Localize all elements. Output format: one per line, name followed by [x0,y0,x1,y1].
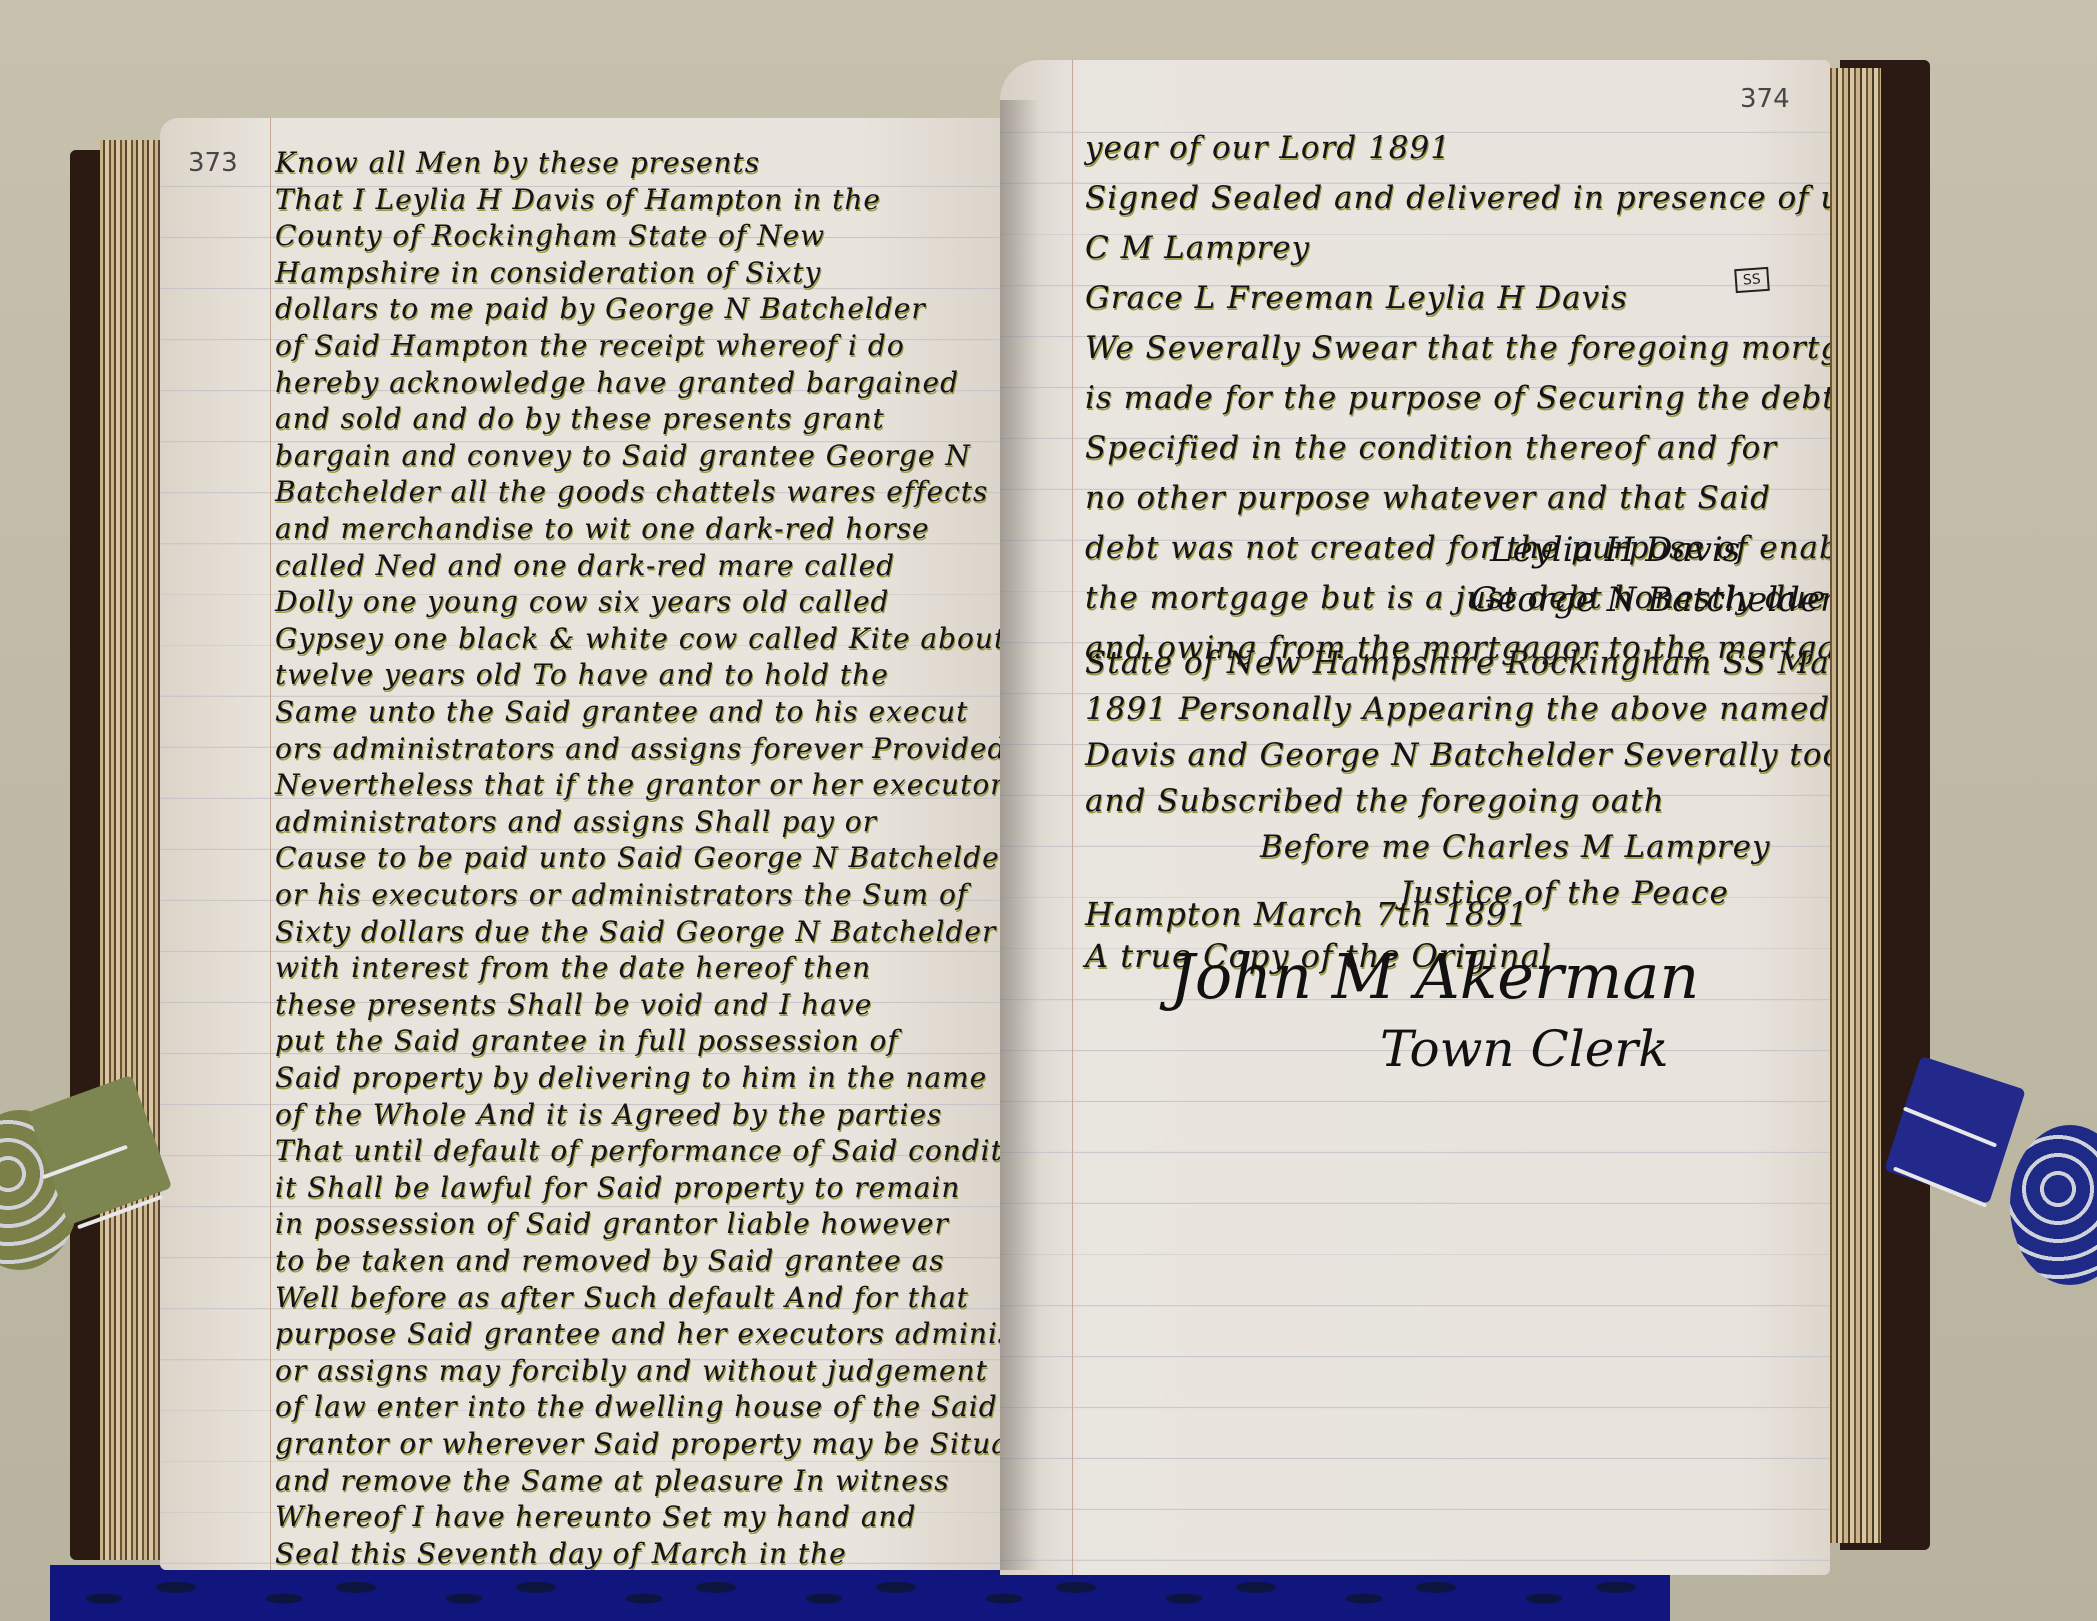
clerk-signature: John M Akerman [1170,940,1699,1013]
handwritten-line: called Ned and one dark-red mare called [275,549,895,582]
page-edges-right [1826,68,1881,1543]
handwritten-line: Signed Sealed and delivered in presence … [1085,180,1830,216]
binder-clip-right [1880,1030,2097,1290]
handwritten-line: no other purpose whatever and that Said [1085,480,1771,516]
handwritten-line: Sixty dollars due the Said George N Batc… [275,915,996,948]
handwritten-line: hereby acknowledge have granted bargaine… [275,366,959,399]
handwritten-line: year of our Lord 1891 [1085,130,1451,166]
handwritten-line: Seal this Seventh day of March in the [275,1537,847,1570]
handwritten-line: Specified in the condition thereof and f… [1085,430,1777,466]
margin-line [270,118,271,1570]
handwritten-line: and merchandise to wit one dark-red hors… [275,512,930,545]
handwritten-line: grantor or wherever Said property may be… [275,1427,1030,1460]
handwritten-line: purpose Said grantee and her executors a… [275,1317,1030,1350]
handwritten-line: That I Leylia H Davis of Hampton in the [275,183,881,216]
signature-grantor: Leylia H Davis [1490,530,1740,570]
handwritten-line: Dolly one young cow six years old called [275,585,889,618]
handwritten-line: dollars to me paid by George N Batchelde… [275,292,926,325]
handwritten-line: ors administrators and assigns forever P… [275,732,1006,765]
handwritten-line: put the Said grantee in full possession … [275,1024,899,1057]
handwritten-line: Well before as after Such default And fo… [275,1281,969,1314]
handwritten-line: with interest from the date hereof then [275,951,871,984]
handwritten-line: of Said Hampton the receipt whereof i do [275,329,905,362]
handwritten-line: We Severally Swear that the foregoing mo… [1085,330,1830,366]
handwritten-line: administrators and assigns Shall pay or [275,805,877,838]
handwritten-line: Cause to be paid unto Said George N Batc… [275,841,1014,874]
signature-grantee: George N Batchelder [1470,580,1830,620]
clerk-title: Town Clerk [1380,1020,1669,1078]
handwritten-line: these presents Shall be void and I have [275,988,872,1021]
handwritten-line: Before me Charles M Lamprey [1260,829,1770,865]
handwritten-line: Same unto the Said grantee and to his ex… [275,695,968,728]
handwritten-line: twelve years old To have and to hold the [275,658,889,691]
handwritten-line: of law enter into the dwelling house of … [275,1390,998,1423]
handwritten-line: County of Rockingham State of New [275,219,825,252]
handwritten-line: That until default of performance of Sai… [275,1134,1030,1167]
right-page: 374 year of our Lord 1891Signed Sealed a… [1000,60,1830,1575]
handwritten-line: 1891 Personally Appearing the above name… [1085,691,1830,727]
book-gutter [1000,100,1040,1570]
handwritten-line: or his executors or administrators the S… [275,878,968,911]
margin-line [1072,60,1073,1575]
handwritten-line: or assigns may forcibly and without judg… [275,1354,988,1387]
handwritten-line: is made for the purpose of Securing the … [1085,380,1830,416]
handwritten-line: Davis and George N Batchelder Severally … [1085,737,1830,773]
stamp-box: SS [1734,267,1769,293]
handwritten-line: Hampshire in consideration of Sixty [275,256,821,289]
handwritten-line: C M Lamprey [1085,230,1310,266]
handwritten-line: Nevertheless that if the grantor or her … [275,768,1020,801]
handwritten-line: and sold and do by these presents grant [275,402,885,435]
handwritten-line: to be taken and removed by Said grantee … [275,1244,945,1277]
handwritten-line: of the Whole And it is Agreed by the par… [275,1098,942,1131]
handwritten-line: and Subscribed the foregoing oath [1085,783,1665,819]
handwritten-line: Batchelder all the goods chattels wares … [275,475,988,508]
handwritten-line: Gypsey one black & white cow called Kite… [275,622,1006,655]
handwritten-line: bargain and convey to Said grantee Georg… [275,439,971,472]
handwritten-line: Hampton March 7th 1891 [1085,895,1529,933]
page-number: 374 [1740,84,1790,114]
handwritten-line: it Shall be lawful for Said property to … [275,1171,960,1204]
handwritten-line: Whereof I have hereunto Set my hand and [275,1500,916,1533]
handwritten-line: Know all Men by these presents [275,146,760,179]
clip-disc-right [2010,1125,2097,1285]
binder-clip-left [0,1040,200,1300]
handwritten-line: and remove the Same at pleasure In witne… [275,1464,950,1497]
handwritten-line: State of New Hampshire Rockingham SS Mar… [1085,645,1830,681]
handwritten-line: Grace L Freeman Leylia H Davis [1085,280,1628,316]
handwritten-line: Said property by delivering to him in th… [275,1061,987,1094]
handwritten-line: in possession of Said grantor liable how… [275,1207,949,1240]
page-number: 373 [188,148,238,178]
left-page: 373 Know all Men by these presentsThat I… [160,118,1030,1570]
